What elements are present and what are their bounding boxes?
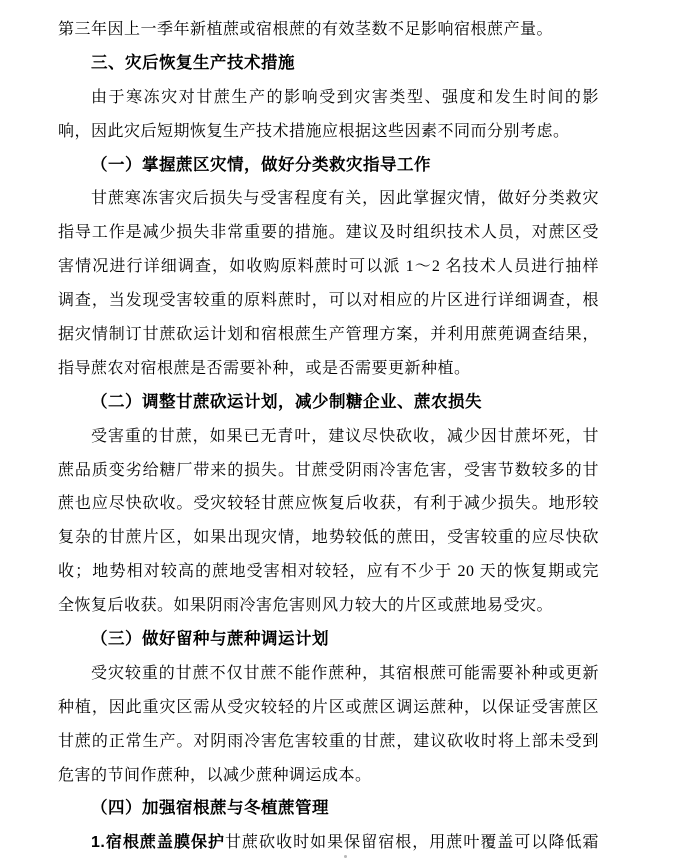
body-line: 第三年因上一季年新植蔗或宿根蔗的有效茎数不足影响宿根蔗产量。 bbox=[58, 13, 599, 47]
body-line: 全恢复后收获。如果阴雨冷害危害则风力较大的片区或蔗地易受灾。 bbox=[58, 589, 599, 623]
heading-line: 三、灾后恢复生产技术措施 bbox=[58, 47, 599, 81]
body-line: 指导蔗农对宿根蔗是否需要补种，或是否需要更新种植。 bbox=[58, 352, 599, 386]
body-line: 据灾情制订甘蔗砍运计划和宿根蔗生产管理方案，并利用蔗蔸调查结果， bbox=[58, 318, 599, 352]
bold-run-in-label: 1.宿根蔗盖膜保护 bbox=[91, 834, 225, 851]
document-text: 第三年因上一季年新植蔗或宿根蔗的有效茎数不足影响宿根蔗产量。三、灾后恢复生产技术… bbox=[58, 13, 599, 860]
body-line: 1.宿根蔗盖膜保护甘蔗砍收时如果保留宿根，用蔗叶覆盖可以降低霜 bbox=[58, 826, 599, 860]
body-line: 甘蔗的正常生产。对阴雨冷害危害较重的甘蔗，建议砍收时将上部未受到 bbox=[58, 725, 599, 759]
heading-line: （三）做好留种与蔗种调运计划 bbox=[58, 623, 599, 657]
body-line: 受害重的甘蔗，如果已无青叶，建议尽快砍收，减少因甘蔗坏死，甘 bbox=[58, 420, 599, 454]
body-line: 甘蔗寒冻害灾后损失与受害程度有关，因此掌握灾情，做好分类救灾 bbox=[58, 182, 599, 216]
body-line: 种植，因此重灾区需从受灾较轻的片区或蔗区调运蔗种，以保证受害蔗区 bbox=[58, 691, 599, 725]
body-line: 指导工作是减少损失非常重要的措施。建议及时组织技术人员，对蔗区受 bbox=[58, 216, 599, 250]
heading-line: （一）掌握蔗区灾情，做好分类救灾指导工作 bbox=[58, 149, 599, 183]
heading-line: （二）调整甘蔗砍运计划，减少制糖企业、蔗农损失 bbox=[58, 386, 599, 420]
body-line: 蔗品质变劣给糖厂带来的损失。甘蔗受阴雨冷害危害，受害节数较多的甘 bbox=[58, 454, 599, 488]
body-line: 由于寒冻灾对甘蔗生产的影响受到灾害类型、强度和发生时间的影 bbox=[58, 81, 599, 115]
document-page: 第三年因上一季年新植蔗或宿根蔗的有效茎数不足影响宿根蔗产量。三、灾后恢复生产技术… bbox=[0, 0, 687, 867]
body-line: 响，因此灾后短期恢复生产技术措施应根据这些因素不同而分别考虑。 bbox=[58, 115, 599, 149]
body-line: 调查，当发现受害较重的原料蔗时，可以对相应的片区进行详细调查，根 bbox=[58, 284, 599, 318]
body-line: 危害的节间作蔗种，以减少蔗种调运成本。 bbox=[58, 759, 599, 793]
body-line: 复杂的甘蔗片区，如果出现灾情，地势较低的蔗田，受害较重的应尽快砍 bbox=[58, 521, 599, 555]
body-line: 收；地势相对较高的蔗地受害相对较轻，应有不少于 20 天的恢复期或完 bbox=[58, 555, 599, 589]
body-line: 蔗也应尽快砍收。受灾较轻甘蔗应恢复后收获，有利于减少损失。地形较 bbox=[58, 487, 599, 521]
body-line: 害情况进行详细调查，如收购原料蔗时可以派 1～2 名技术人员进行抽样 bbox=[58, 250, 599, 284]
body-line: 受灾较重的甘蔗不仅甘蔗不能作蔗种，其宿根蔗可能需要补种或更新 bbox=[58, 657, 599, 691]
body-text: 甘蔗砍收时如果保留宿根，用蔗叶覆盖可以降低霜 bbox=[225, 834, 599, 851]
heading-line: （四）加强宿根蔗与冬植蔗管理 bbox=[58, 792, 599, 826]
page-artifact-dot bbox=[344, 855, 347, 858]
